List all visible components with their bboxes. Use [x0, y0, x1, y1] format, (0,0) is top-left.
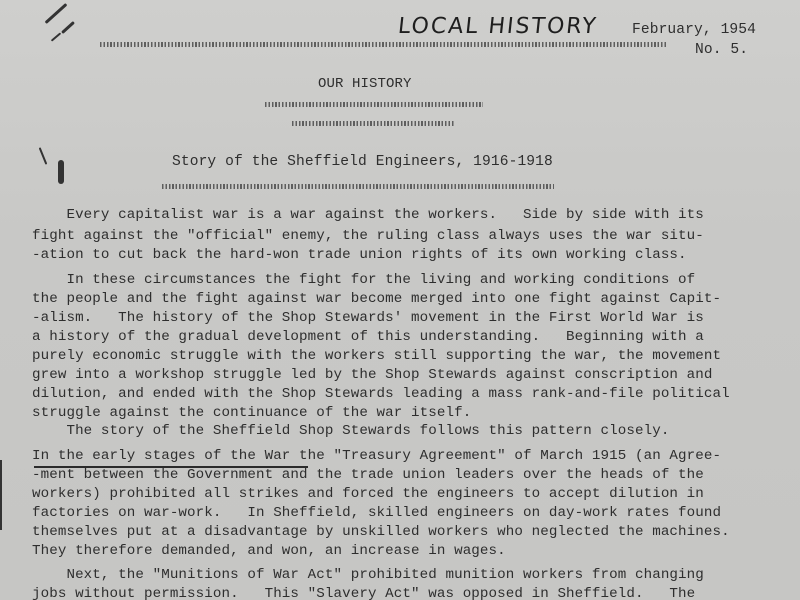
margin-mark — [0, 460, 2, 530]
section-rule — [292, 121, 454, 126]
article-line: jobs without permission. This "Slavery A… — [32, 586, 695, 600]
article-line: -ment between the Government and the tra… — [32, 467, 704, 483]
article-line: In these circumstances the fight for the… — [32, 272, 695, 288]
section-rule — [265, 102, 483, 107]
article-line: Every capitalist war is a war against th… — [32, 207, 704, 223]
article-line: -alism. The history of the Shop Stewards… — [32, 310, 704, 326]
article-line: The story of the Sheffield Shop Stewards… — [32, 423, 669, 439]
article-line: themselves put at a disadvantage by unsk… — [32, 524, 730, 540]
article-line: a history of the gradual development of … — [32, 329, 704, 345]
section-title: OUR HISTORY — [318, 76, 412, 92]
article-line: workers) prohibited all strikes and forc… — [32, 486, 704, 502]
pen-mark — [51, 32, 61, 41]
document-page: LOCAL HISTORY February, 1954 No. 5. OUR … — [0, 0, 800, 600]
pen-mark — [45, 3, 68, 24]
issue-number: No. 5. — [695, 42, 748, 58]
article-line: fight against the "official" enemy, the … — [32, 228, 704, 244]
article-line: the people and the fight against war bec… — [32, 291, 721, 307]
article-line: purely economic struggle with the worker… — [32, 348, 721, 364]
article-title: Story of the Sheffield Engineers, 1916-1… — [172, 154, 553, 170]
pen-mark — [61, 21, 75, 34]
article-line: factories on war-work. In Sheffield, ski… — [32, 505, 721, 521]
article-line: In the early stages of the War the "Trea… — [32, 448, 721, 464]
article-line: dilution, and ended with the Shop Stewar… — [32, 386, 730, 402]
handwritten-label: LOCAL HISTORY — [397, 14, 599, 39]
pen-mark — [39, 147, 48, 164]
pen-mark — [58, 160, 64, 184]
title-rule — [162, 184, 554, 189]
header-rule — [100, 42, 666, 47]
article-line: -ation to cut back the hard-won trade un… — [32, 247, 687, 263]
article-line: Next, the "Munitions of War Act" prohibi… — [32, 567, 704, 583]
article-line: struggle against the continuance of the … — [32, 405, 471, 421]
article-line: grew into a workshop struggle led by the… — [32, 367, 713, 383]
article-line: They therefore demanded, and won, an inc… — [32, 543, 506, 559]
issue-date: February, 1954 — [632, 22, 756, 38]
underline-mark — [34, 466, 308, 468]
